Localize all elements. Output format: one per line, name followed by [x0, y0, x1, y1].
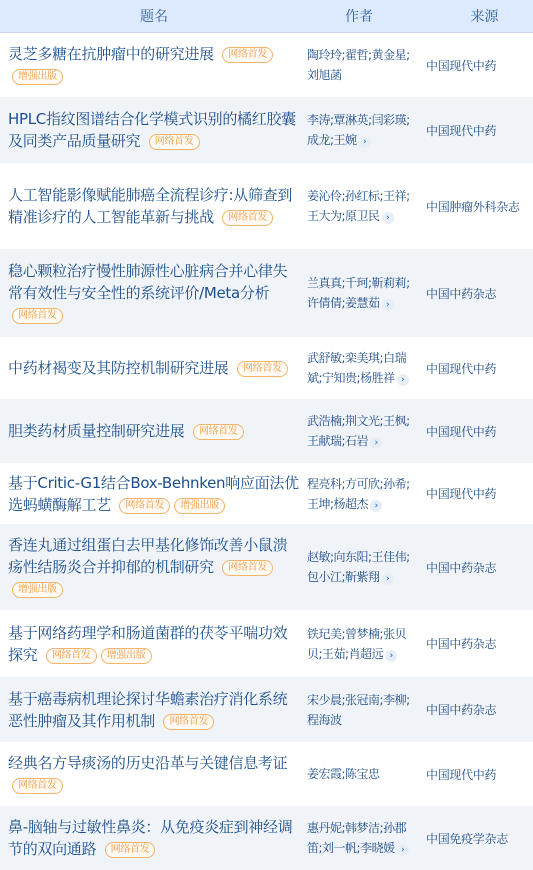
source-journal-link[interactable]: 中国中药杂志: [422, 285, 533, 302]
online-first-badge[interactable]: 网络首发: [119, 498, 170, 514]
title-cell: 中药材褐变及其防控机制研究进展 网络首发: [0, 357, 305, 379]
author-names-line1[interactable]: 武舒敏;栾美琪;白瑞: [307, 348, 422, 368]
source-journal-link[interactable]: 中国现代中药: [422, 423, 533, 440]
table-row: 稳心颗粒治疗慢性肺源性心脏病合并心律失常有效性与安全性的系统评价/Meta分析 …: [0, 250, 533, 337]
author-names-line1[interactable]: 铁玘美;曾梦楠;张贝: [307, 624, 422, 644]
online-first-badge[interactable]: 网络首发: [12, 778, 63, 794]
title-cell: 人工智能影像赋能肺癌全流程诊疗:从筛查到精准诊疗的人工智能革新与挑战 网络首发: [0, 184, 305, 228]
author-names-line2[interactable]: 王大为;原卫民: [307, 209, 380, 223]
enhanced-publication-badge[interactable]: 增强出版: [12, 69, 63, 85]
chevron-right-icon[interactable]: ›: [370, 437, 382, 449]
online-first-badge[interactable]: 网络首发: [222, 47, 273, 63]
chevron-right-icon[interactable]: ›: [359, 136, 371, 148]
table-row: 灵芝多糖在抗肿瘤中的研究进展 网络首发增强出版 陶玲玲;翟哲;黄金星; 刘旭菡 …: [0, 33, 533, 98]
table-body: 灵芝多糖在抗肿瘤中的研究进展 网络首发增强出版 陶玲玲;翟哲;黄金星; 刘旭菡 …: [0, 33, 533, 870]
author-cell: 惠丹妮;韩梦洁;孙郡 笛;刘一帆;李晓媛›: [305, 818, 422, 858]
author-names-line1[interactable]: 李涛;覃淋英;闫彩瑛;: [307, 110, 422, 130]
table-row: 中药材褐变及其防控机制研究进展 网络首发 武舒敏;栾美琪;白瑞 斌;宁知贵;杨胜…: [0, 337, 533, 400]
chevron-right-icon[interactable]: ›: [397, 374, 409, 386]
table-row: 人工智能影像赋能肺癌全流程诊疗:从筛查到精准诊疗的人工智能革新与挑战 网络首发 …: [0, 163, 533, 250]
title-cell: 胆类药材质量控制研究进展 网络首发: [0, 420, 305, 442]
table-row: 基于Critic-G1结合Box-Behnken响应面法优选蚂蟥酶解工艺 网络首…: [0, 463, 533, 525]
source-journal-link[interactable]: 中国现代中药: [422, 766, 533, 783]
online-first-badge[interactable]: 网络首发: [222, 210, 273, 226]
author-names-line2[interactable]: 贝;王茹;肖超远: [307, 647, 383, 661]
article-title-link[interactable]: 中药材褐变及其防控机制研究进展: [8, 359, 229, 377]
table-row: HPLC指纹图谱结合化学模式识别的橘红胶囊及同类产品质量研究 网络首发 李涛;覃…: [0, 98, 533, 163]
table-row: 经典名方导痰汤的历史沿革与关键信息考证 网络首发 姜宏霞;陈宝忠 中国现代中药: [0, 742, 533, 807]
online-first-badge[interactable]: 网络首发: [46, 648, 97, 664]
source-journal-link[interactable]: 中国现代中药: [422, 360, 533, 377]
table-row: 鼻-脑轴与过敏性鼻炎：从免疫炎症到神经调节的双向通路 网络首发 惠丹妮;韩梦洁;…: [0, 807, 533, 870]
author-names-line1[interactable]: 兰真真;千珂;靳莉莉;: [307, 273, 422, 293]
chevron-right-icon[interactable]: ›: [370, 500, 382, 512]
title-cell: 基于Critic-G1结合Box-Behnken响应面法优选蚂蟥酶解工艺 网络首…: [0, 472, 305, 516]
author-names-line1[interactable]: 赵敏;向东阳;王佳伟;: [307, 547, 422, 567]
column-header-title[interactable]: 题名: [0, 6, 300, 26]
source-journal-link[interactable]: 中国肿瘤外科杂志: [422, 198, 533, 215]
author-cell: 程亮科;方可欣;孙希; 王坤;杨超杰›: [305, 474, 422, 514]
author-names-line1[interactable]: 宋少晨;张冠南;李柳;: [307, 690, 422, 710]
online-first-badge[interactable]: 网络首发: [193, 424, 244, 440]
author-cell: 姜沁伶;孙红标;王祥; 王大为;原卫民›: [305, 186, 422, 226]
article-title-link[interactable]: 基于癌毒病机理论探讨华蟾素治疗消化系统恶性肿瘤及其作用机制: [8, 690, 287, 730]
author-names-line2[interactable]: 刘旭菡: [307, 68, 342, 82]
title-cell: 香连丸通过组蛋白去甲基化修饰改善小鼠溃疡性结肠炎合并抑郁的机制研究 网络首发增强…: [0, 534, 305, 600]
title-cell: 基于网络药理学和肠道菌群的茯苓平喘功效探究 网络首发增强出版: [0, 622, 305, 666]
author-names-line2[interactable]: 成龙;王婉: [307, 133, 357, 147]
enhanced-publication-badge[interactable]: 增强出版: [174, 498, 225, 514]
author-names-line1[interactable]: 程亮科;方可欣;孙希;: [307, 474, 422, 494]
title-cell: 鼻-脑轴与过敏性鼻炎：从免疫炎症到神经调节的双向通路 网络首发: [0, 816, 305, 860]
enhanced-publication-badge[interactable]: 增强出版: [12, 582, 63, 598]
author-cell: 铁玘美;曾梦楠;张贝 贝;王茹;肖超远›: [305, 624, 422, 664]
title-cell: 基于癌毒病机理论探讨华蟾素治疗消化系统恶性肿瘤及其作用机制 网络首发: [0, 688, 305, 732]
title-cell: 经典名方导痰汤的历史沿革与关键信息考证 网络首发: [0, 752, 305, 796]
article-title-link[interactable]: 胆类药材质量控制研究进展: [8, 422, 184, 440]
table-row: 基于癌毒病机理论探讨华蟾素治疗消化系统恶性肿瘤及其作用机制 网络首发 宋少晨;张…: [0, 678, 533, 742]
source-journal-link[interactable]: 中国现代中药: [422, 57, 533, 74]
column-header-author[interactable]: 作者: [300, 6, 418, 26]
author-cell: 陶玲玲;翟哲;黄金星; 刘旭菡: [305, 45, 422, 85]
author-names-line1[interactable]: 姜宏霞;陈宝忠: [307, 764, 422, 784]
author-names-line2[interactable]: 包小江;靳紫翔: [307, 570, 380, 584]
article-title-link[interactable]: 稳心颗粒治疗慢性肺源性心脏病合并心律失常有效性与安全性的系统评价/Meta分析: [8, 262, 287, 302]
author-cell: 李涛;覃淋英;闫彩瑛; 成龙;王婉›: [305, 110, 422, 150]
table-header: 题名 作者 来源: [0, 0, 533, 33]
article-title-link[interactable]: 灵芝多糖在抗肿瘤中的研究进展: [8, 45, 214, 63]
author-cell: 姜宏霞;陈宝忠: [305, 764, 422, 784]
table-row: 胆类药材质量控制研究进展 网络首发 武浩楠;荆文光;王枫; 王献瑞;石岩› 中国…: [0, 400, 533, 463]
online-first-badge[interactable]: 网络首发: [12, 308, 63, 324]
column-header-source[interactable]: 来源: [418, 6, 533, 26]
results-table: 题名 作者 来源 灵芝多糖在抗肿瘤中的研究进展 网络首发增强出版 陶玲玲;翟哲;…: [0, 0, 533, 870]
source-journal-link[interactable]: 中国中药杂志: [422, 635, 533, 652]
online-first-badge[interactable]: 网络首发: [163, 714, 214, 730]
enhanced-publication-badge[interactable]: 增强出版: [101, 648, 152, 664]
author-cell: 武舒敏;栾美琪;白瑞 斌;宁知贵;杨胜祥›: [305, 348, 422, 388]
source-journal-link[interactable]: 中国免疫学杂志: [422, 830, 533, 847]
author-names-line2[interactable]: 王坤;杨超杰: [307, 497, 368, 511]
title-cell: 灵芝多糖在抗肿瘤中的研究进展 网络首发增强出版: [0, 43, 305, 87]
author-names-line2[interactable]: 斌;宁知贵;杨胜祥: [307, 371, 395, 385]
author-names-line2[interactable]: 王献瑞;石岩: [307, 434, 368, 448]
chevron-right-icon[interactable]: ›: [382, 212, 394, 224]
author-names-line1[interactable]: 陶玲玲;翟哲;黄金星;: [307, 45, 422, 65]
table-row: 香连丸通过组蛋白去甲基化修饰改善小鼠溃疡性结肠炎合并抑郁的机制研究 网络首发增强…: [0, 525, 533, 610]
author-names-line2[interactable]: 许倩倩;姜慧茹: [307, 296, 380, 310]
chevron-right-icon[interactable]: ›: [382, 573, 394, 585]
author-names-line1[interactable]: 武浩楠;荆文光;王枫;: [307, 411, 422, 431]
title-cell: HPLC指纹图谱结合化学模式识别的橘红胶囊及同类产品质量研究 网络首发: [0, 108, 305, 152]
author-names-line2[interactable]: 程海波: [307, 713, 342, 727]
online-first-badge[interactable]: 网络首发: [149, 134, 200, 150]
chevron-right-icon[interactable]: ›: [397, 844, 409, 856]
table-row: 基于网络药理学和肠道菌群的茯苓平喘功效探究 网络首发增强出版 铁玘美;曾梦楠;张…: [0, 610, 533, 678]
source-journal-link[interactable]: 中国现代中药: [422, 122, 533, 139]
author-cell: 兰真真;千珂;靳莉莉; 许倩倩;姜慧茹›: [305, 273, 422, 313]
chevron-right-icon[interactable]: ›: [382, 299, 394, 311]
online-first-badge[interactable]: 网络首发: [222, 560, 273, 576]
author-names-line1[interactable]: 惠丹妮;韩梦洁;孙郡: [307, 818, 422, 838]
source-journal-link[interactable]: 中国现代中药: [422, 485, 533, 502]
chevron-right-icon[interactable]: ›: [385, 650, 397, 662]
source-journal-link[interactable]: 中国中药杂志: [422, 701, 533, 718]
author-cell: 赵敏;向东阳;王佳伟; 包小江;靳紫翔›: [305, 547, 422, 587]
author-names-line2[interactable]: 笛;刘一帆;李晓媛: [307, 841, 395, 855]
online-first-badge[interactable]: 网络首发: [105, 842, 156, 858]
article-title-link[interactable]: 经典名方导痰汤的历史沿革与关键信息考证: [8, 754, 287, 772]
author-cell: 宋少晨;张冠南;李柳; 程海波: [305, 690, 422, 730]
title-cell: 稳心颗粒治疗慢性肺源性心脏病合并心律失常有效性与安全性的系统评价/Meta分析 …: [0, 260, 305, 326]
online-first-badge[interactable]: 网络首发: [237, 361, 288, 377]
author-names-line1[interactable]: 姜沁伶;孙红标;王祥;: [307, 186, 422, 206]
source-journal-link[interactable]: 中国中药杂志: [422, 559, 533, 576]
author-cell: 武浩楠;荆文光;王枫; 王献瑞;石岩›: [305, 411, 422, 451]
